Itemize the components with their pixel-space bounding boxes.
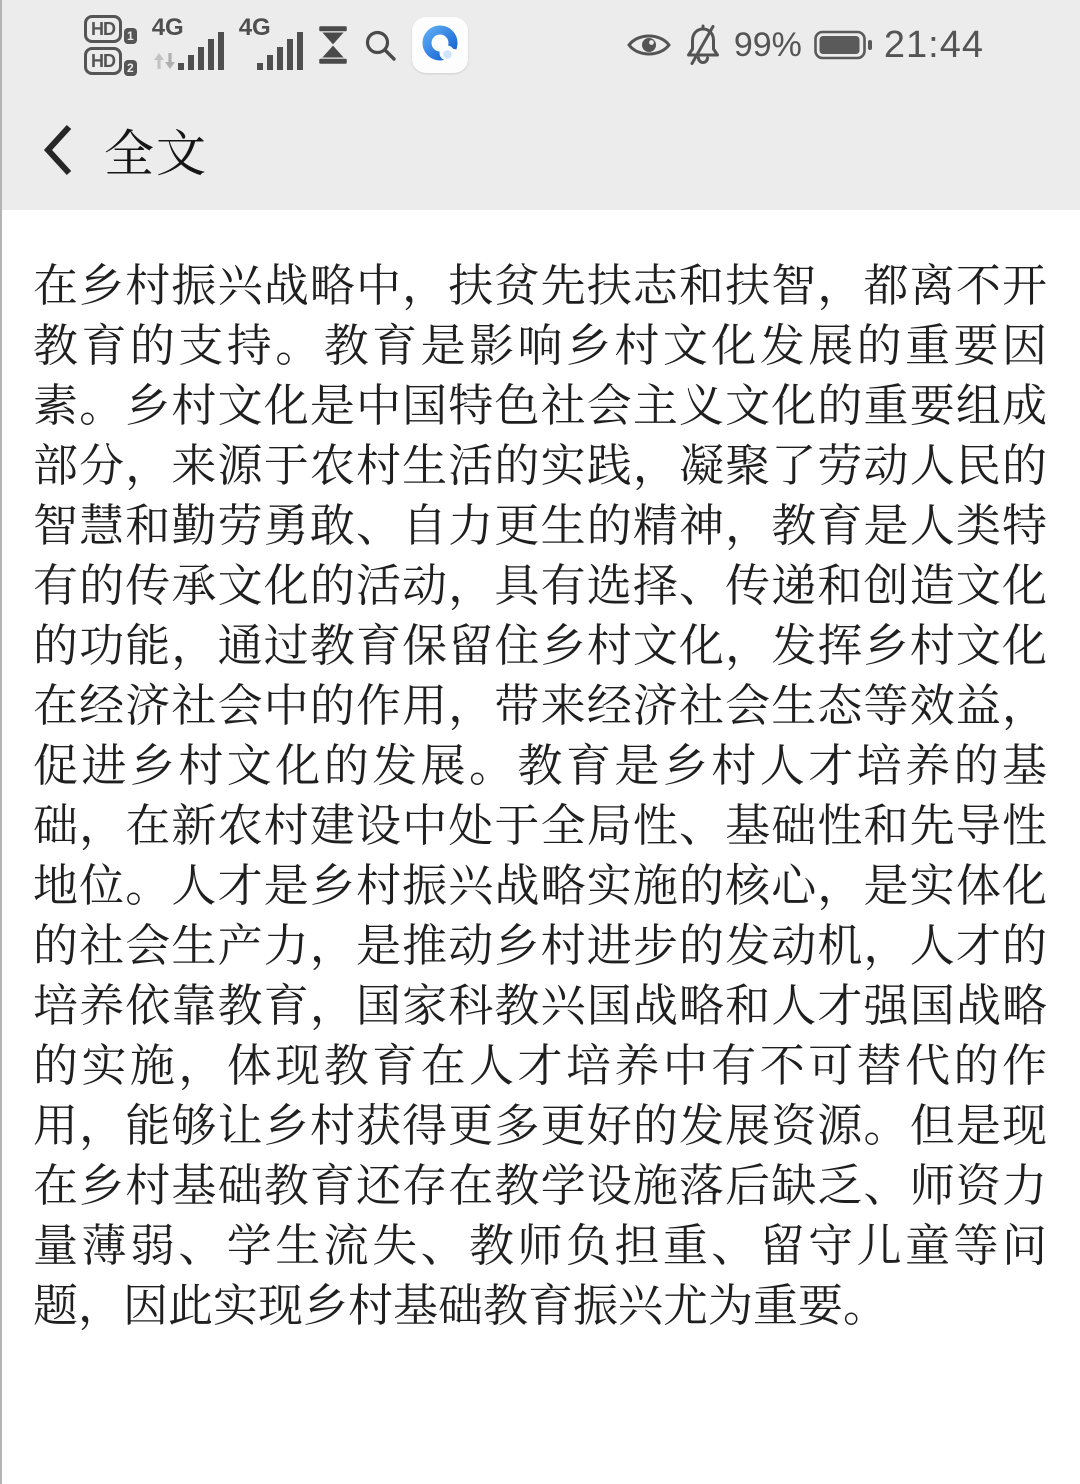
nav-bar: 全文 bbox=[0, 90, 1080, 210]
signal-sim2-icon: 4G bbox=[239, 16, 303, 74]
text-line: 的社会生产力，是推动乡村进步的发动机，人才的 bbox=[33, 916, 1047, 976]
text-line: 在乡村基础教育还存在教学设施落后缺乏、师资力 bbox=[33, 1156, 1047, 1216]
text-line: 在乡村振兴战略中，扶贫先扶志和扶智，都离不开 bbox=[33, 256, 1047, 316]
status-bar-right: 99% 21:44 bbox=[626, 24, 984, 67]
text-line: 有的传承文化的活动，具有选择、传递和创造文化 bbox=[33, 556, 1047, 616]
text-line: 教育的支持。教育是影响乡村文化发展的重要因 bbox=[33, 316, 1047, 376]
battery-icon bbox=[814, 30, 872, 60]
signal-sim1-icon: 4G bbox=[152, 16, 224, 74]
text-line: 量薄弱、学生流失、教师负担重、留守儿童等问 bbox=[33, 1216, 1047, 1276]
text-line: 用，能够让乡村获得更多更好的发展资源。但是现 bbox=[33, 1096, 1047, 1156]
screen-edge-line bbox=[0, 0, 2, 1484]
search-icon bbox=[363, 28, 397, 62]
qq-browser-icon bbox=[412, 17, 468, 73]
text-line: 促进乡村文化的发展。教育是乡村人才培养的基 bbox=[33, 736, 1047, 796]
text-line: 部分，来源于农村生活的实践，凝聚了劳动人民的 bbox=[33, 436, 1047, 496]
hd-indicators: HD 1 HD 2 bbox=[84, 15, 137, 75]
back-chevron-icon bbox=[40, 122, 76, 178]
hd-sim2-icon: HD 2 bbox=[84, 47, 137, 75]
sim2-badge: 2 bbox=[124, 60, 137, 76]
text-line: 础，在新农村建设中处于全局性、基础性和先导性 bbox=[33, 796, 1047, 856]
status-bar-left: HD 1 HD 2 4G bbox=[84, 15, 468, 75]
signal-bars-icon bbox=[257, 32, 303, 70]
data-arrows-icon bbox=[154, 53, 176, 69]
eye-comfort-icon bbox=[626, 30, 672, 60]
text-line: 题，因此实现乡村基础教育振兴尤为重要。 bbox=[33, 1276, 1047, 1336]
status-bar: HD 1 HD 2 4G bbox=[0, 0, 1080, 90]
text-line: 素。乡村文化是中国特色社会主义文化的重要组成 bbox=[33, 376, 1047, 436]
signal-bars-icon bbox=[178, 32, 224, 70]
page-title: 全文 bbox=[104, 114, 208, 186]
battery-percent: 99% bbox=[734, 26, 802, 65]
sim1-badge: 1 bbox=[124, 28, 137, 44]
text-line: 在经济社会中的作用，带来经济社会生态等效益， bbox=[33, 676, 1047, 736]
clock: 21:44 bbox=[884, 24, 984, 67]
text-line: 培养依靠教育，国家科教兴国战略和人才强国战略 bbox=[33, 976, 1047, 1036]
screen: HD 1 HD 2 4G bbox=[0, 0, 1080, 1484]
text-line: 的实施，体现教育在人才培养中有不可替代的作 bbox=[33, 1036, 1047, 1096]
text-line: 的功能，通过教育保留住乡村文化，发挥乡村文化 bbox=[33, 616, 1047, 676]
text-line: 地位。人才是乡村振兴战略实施的核心，是实体化 bbox=[33, 856, 1047, 916]
hd-sim1-icon: HD 1 bbox=[84, 15, 137, 43]
back-button[interactable] bbox=[40, 122, 76, 178]
text-line: 智慧和勤劳勇敢、自力更生的精神，教育是人类特 bbox=[33, 496, 1047, 556]
hd-label: HD bbox=[84, 47, 122, 75]
hourglass-icon bbox=[318, 26, 348, 64]
mute-bell-icon bbox=[684, 24, 722, 66]
article-content: 在乡村振兴战略中，扶贫先扶志和扶智，都离不开 教育的支持。教育是影响乡村文化发展… bbox=[0, 210, 1080, 1336]
hd-label: HD bbox=[84, 15, 122, 43]
